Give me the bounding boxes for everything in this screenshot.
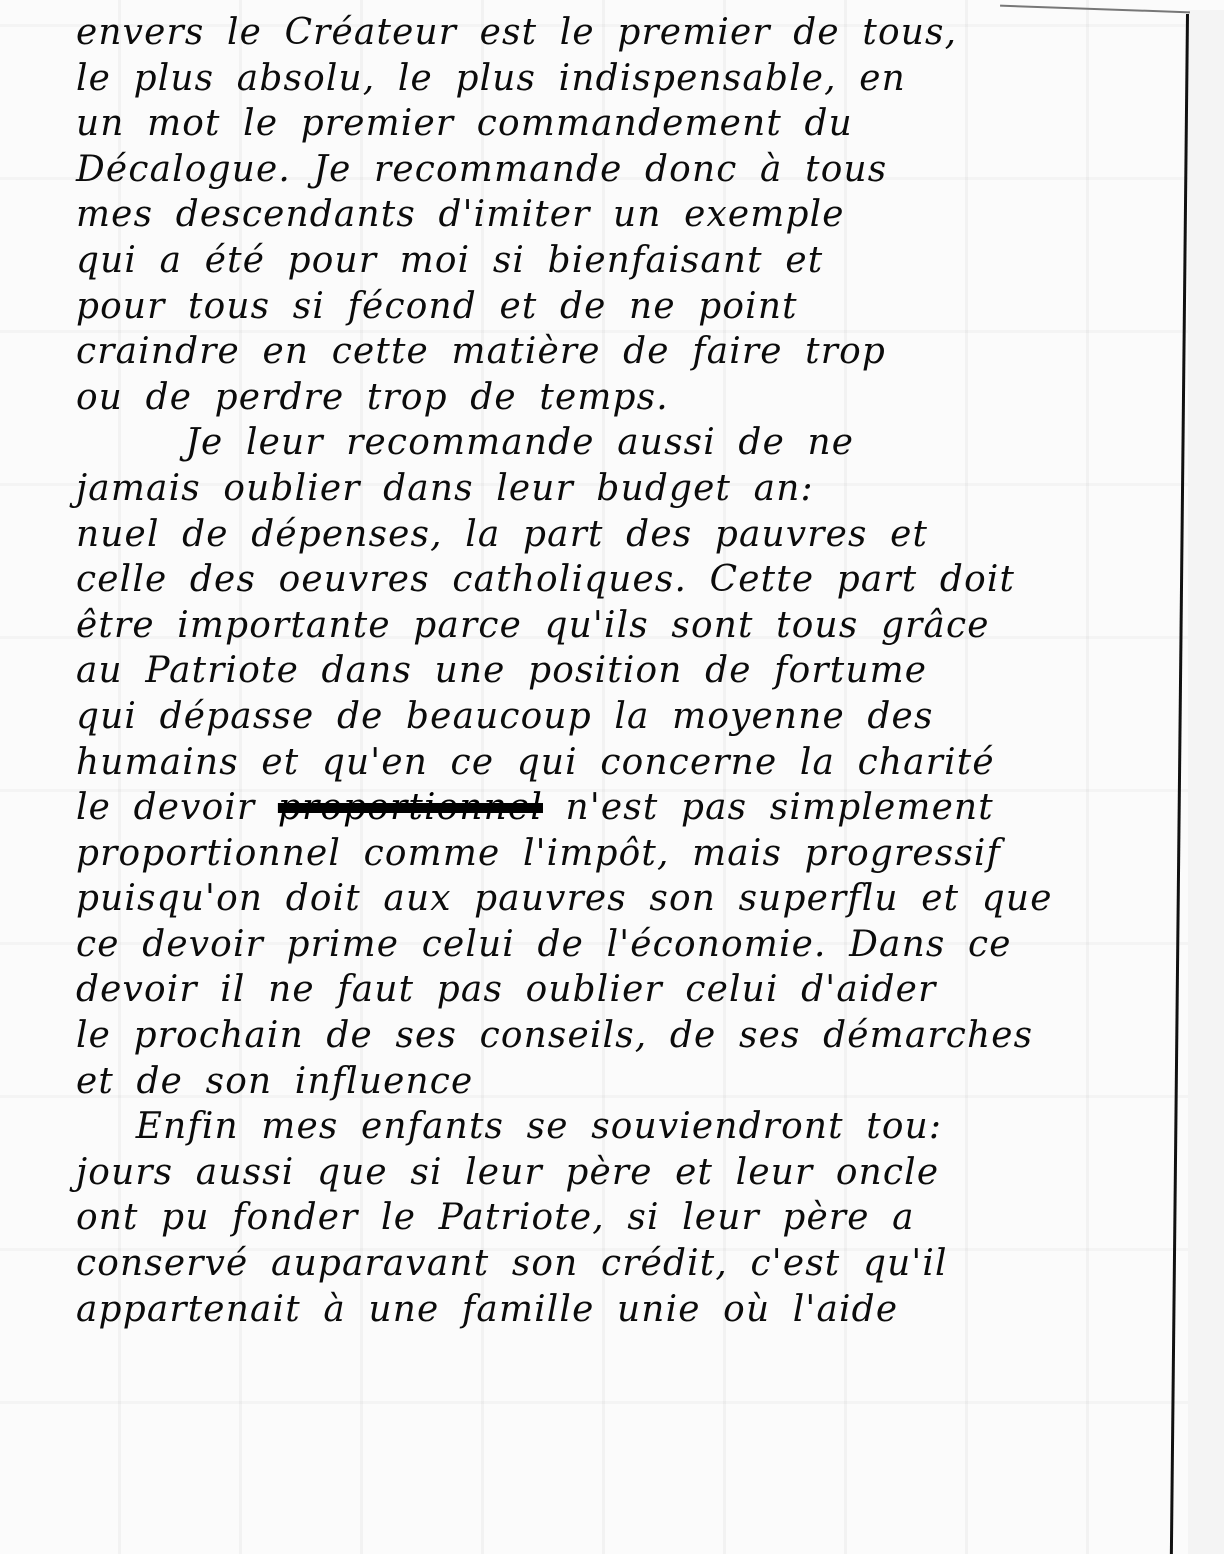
right-margin [1188, 10, 1224, 1554]
text-line-2: le plus absolu, le plus indispensable, e… [76, 56, 1171, 102]
text-line-29: appartenait à une famille unie où l'aide [76, 1287, 1171, 1333]
text-line-7: pour tous si fécond et de ne point [76, 284, 1171, 330]
text-line-18-end: n'est pas simplement [566, 787, 994, 828]
text-line-18-start: le devoir [76, 787, 255, 828]
text-line-16: qui dépasse de beaucoup la moyenne des [76, 694, 1171, 740]
text-line-24: et de son influence [76, 1059, 1171, 1105]
text-line-13: celle des oeuvres catholiques. Cette par… [76, 557, 1171, 603]
text-line-20: puisqu'on doit aux pauvres son superflu … [76, 876, 1171, 922]
text-line-1: envers le Créateur est le premier de tou… [76, 10, 1171, 56]
text-line-17: humains et qu'en ce qui concerne la char… [76, 740, 1171, 786]
text-line-15: au Patriote dans une position de fortume [76, 648, 1171, 694]
text-line-23: le prochain de ses conseils, de ses déma… [76, 1013, 1171, 1059]
text-line-5: mes descendants d'imiter un exemple [76, 192, 1171, 238]
text-line-18: le devoir proportionnel n'est pas simple… [76, 785, 1171, 831]
paragraph-start-line: Je leur recommande aussi de ne [76, 420, 1171, 466]
text-line-9: ou de perdre trop de temps. [76, 375, 1171, 421]
text-line-12: nuel de dépenses, la part des pauvres et [76, 512, 1171, 558]
text-line-4: Décalogue. Je recommande donc à tous [76, 147, 1171, 193]
text-line-22: devoir il ne faut pas oublier celui d'ai… [76, 967, 1171, 1013]
scanned-page: envers le Créateur est le premier de tou… [0, 0, 1224, 1554]
text-line-26: jours aussi que si leur père et leur onc… [76, 1150, 1171, 1196]
text-line-19: proportionnel comme l'impôt, mais progre… [76, 831, 1171, 877]
text-line-28: conservé auparavant son crédit, c'est qu… [76, 1241, 1171, 1287]
text-line-14: être importante parce qu'ils sont tous g… [76, 603, 1171, 649]
text-line-3: un mot le premier commandement du [76, 101, 1171, 147]
struck-out-word: proportionnel [278, 787, 543, 828]
text-line-11: jamais oublier dans leur budget an: [76, 466, 1171, 512]
text-line-6: qui a été pour moi si bienfaisant et [76, 238, 1171, 284]
text-line-8: craindre en cette matière de faire trop [76, 329, 1171, 375]
text-line-21: ce devoir prime celui de l'économie. Dan… [76, 922, 1171, 968]
paragraph-start-line-2: Enfin mes enfants se souviendront tou: [76, 1104, 1171, 1150]
handwritten-text: envers le Créateur est le premier de tou… [76, 10, 1176, 1332]
text-line-27: ont pu fonder le Patriote, si leur père … [76, 1195, 1171, 1241]
